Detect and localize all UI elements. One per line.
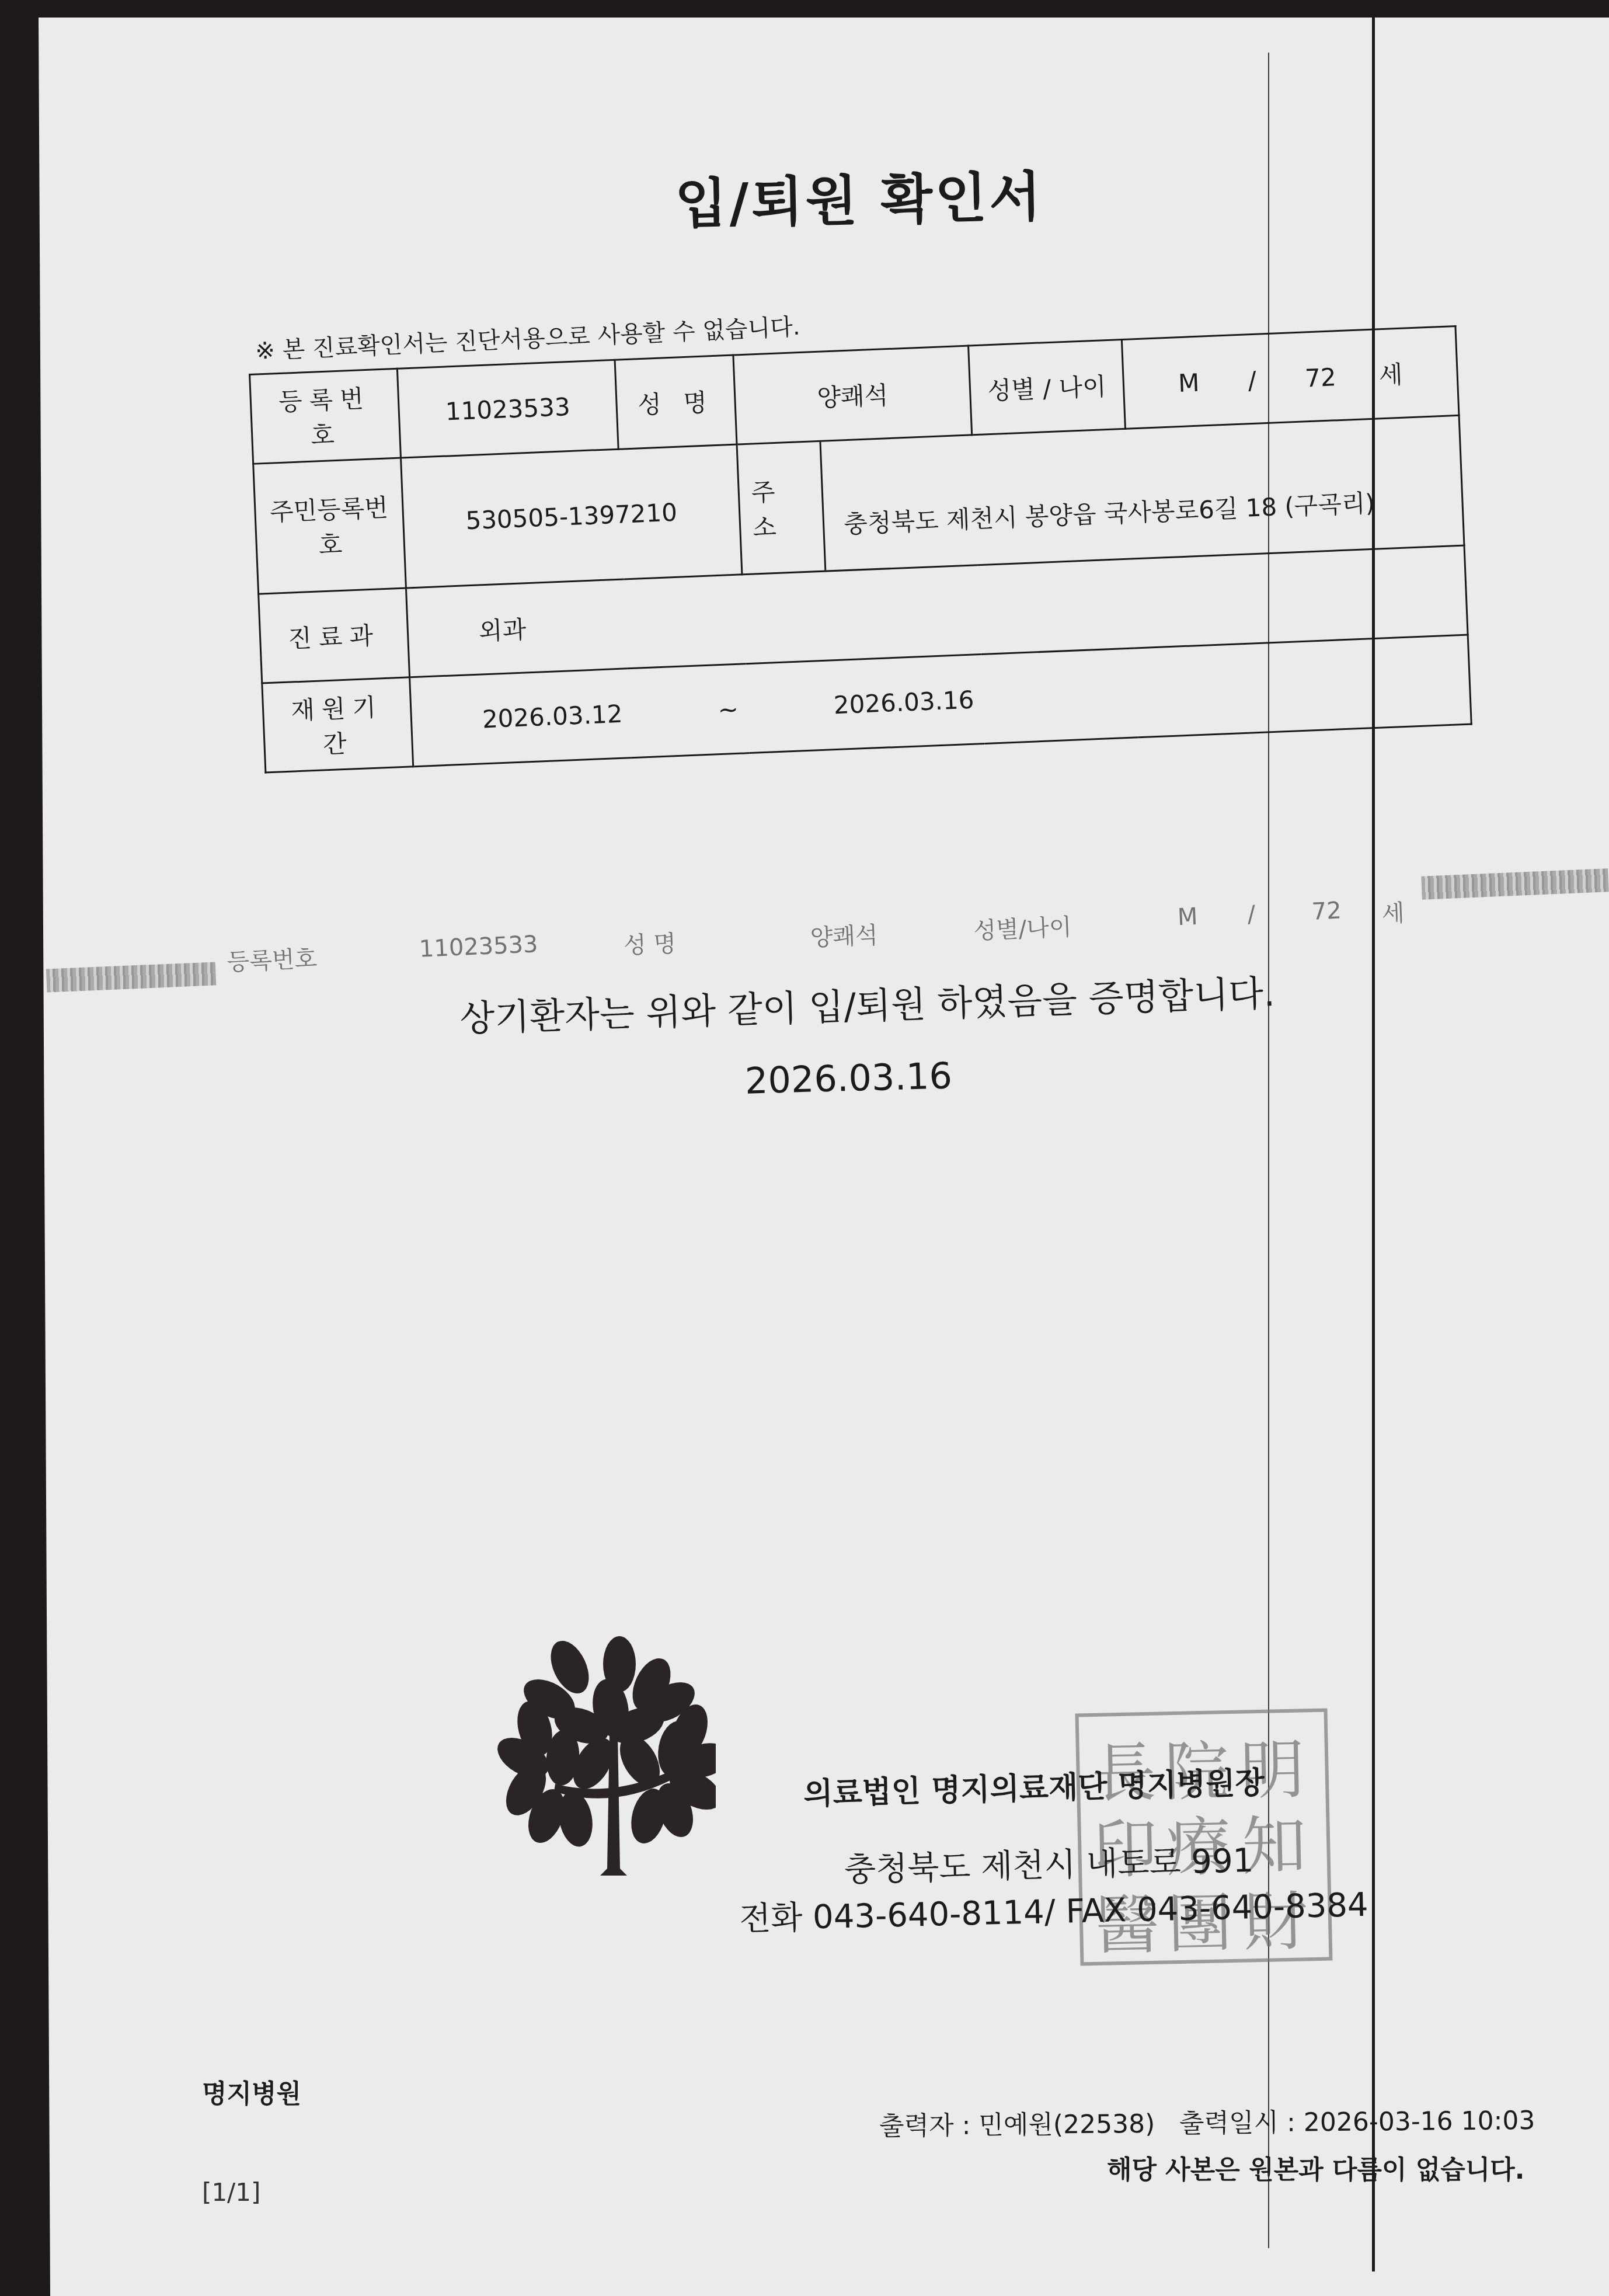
certification-statement: 상기환자는 위와 같이 입/퇴원 하였음을 증명합니다. [459, 964, 1276, 1042]
ghost-registration-label: 등록번호 [226, 940, 318, 977]
document-page: 입/퇴원 확인서 ※ 본 진료확인서는 진단서용으로 사용할 수 없습니다. 등… [39, 18, 1609, 2296]
patient-info-table: 등록번호 11023533 성 명 양쾌석 성별 / 나이 M / 72 세 주… [249, 325, 1472, 774]
printed-by-info: 출력자 : 민예원(22538) 출력일시 : 2026-03-16 10:03 [879, 2099, 1535, 2142]
page-indicator: [1/1] [202, 2178, 260, 2207]
ghost-sex-age-label: 성별/나이 [973, 909, 1072, 946]
copy-notice: 해당 사본은 원본과 다름이 없습니다. [1107, 2149, 1525, 2186]
print-noise [46, 962, 216, 992]
ghost-age: 72 [1311, 897, 1342, 926]
period-separator: ~ [718, 694, 739, 723]
sex-age-label: 성별 / 나이 [969, 339, 1126, 434]
registration-label: 등록번호 [250, 368, 401, 464]
stay-period-label: 재원기간 [262, 677, 413, 773]
patient-name: 양쾌석 [733, 346, 972, 444]
certification-date: 2026.03.16 [744, 1054, 953, 1102]
resident-id-label: 주민등록번호 [253, 458, 406, 594]
sex-age-value: M / 72 세 [1122, 326, 1459, 429]
age-unit: 세 [1378, 360, 1403, 390]
resident-id: 530505-1397210 [400, 444, 741, 588]
organization-address: 충청북도 제천시 내토로 991 [844, 1835, 1254, 1891]
registration-number: 11023533 [397, 360, 618, 458]
discharge-date: 2026.03.16 [833, 685, 974, 719]
department-label: 진료과 [259, 588, 410, 683]
address-label: 주 소 [750, 442, 827, 573]
print-noise [1421, 868, 1608, 899]
age-value: 72 [1304, 363, 1336, 392]
ghost-name-label: 성 명 [623, 925, 677, 961]
ghost-slash: / [1247, 901, 1256, 928]
name-label: 성 명 [615, 355, 737, 449]
sex-value: M [1178, 368, 1200, 398]
address-value: 충청북도 제천시 봉양읍 국사봉로6길 18 (구곡리) [844, 489, 1375, 538]
ghost-name: 양쾌석 [810, 917, 879, 953]
admission-date: 2026.03.12 [482, 699, 623, 733]
ghost-registration-number: 11023533 [419, 931, 538, 962]
ghost-sex: M [1177, 903, 1198, 931]
tree-logo-icon [494, 1635, 716, 1886]
ghost-age-unit: 세 [1381, 895, 1405, 929]
document-title: 입/퇴원 확인서 [674, 154, 1044, 238]
footer-hospital-name: 명지병원 [202, 2073, 301, 2110]
